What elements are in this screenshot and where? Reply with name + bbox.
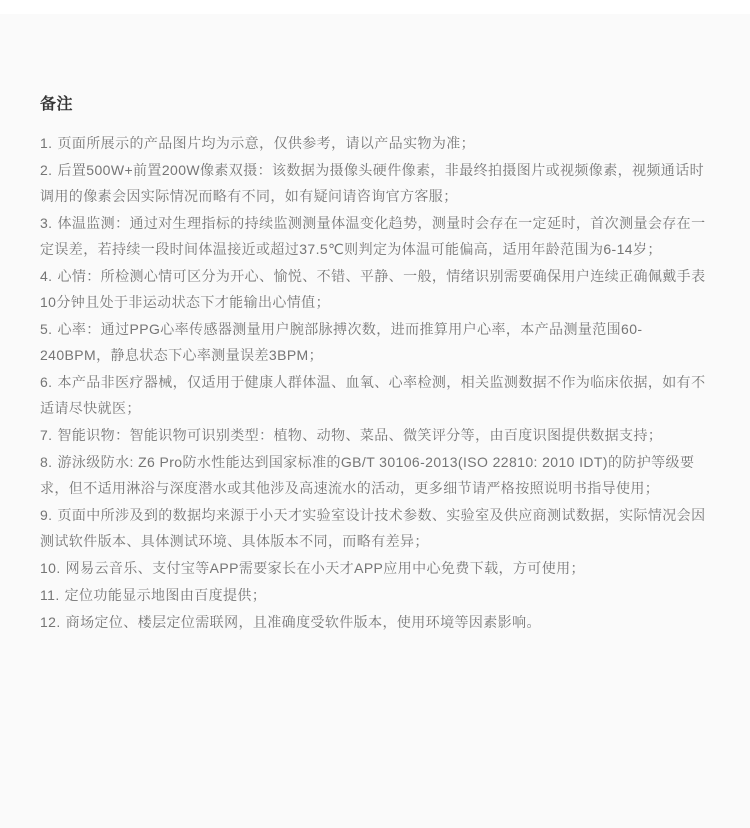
note-text: 页面中所涉及到的数据均来源于小天才实验室设计技术参数、实验室及供应商测试数据，实… [40,507,705,549]
note-text: 定位功能显示地图由百度提供； [65,587,267,603]
note-item-10: 10.网易云音乐、支付宝等APP需要家长在小天才APP应用中心免费下载，方可使用… [40,555,710,581]
note-item-5: 5.心率：通过PPG心率传感器测量用户腕部脉搏次数，进而推算用户心率，本产品测量… [40,316,710,368]
note-item-4: 4.心情：所检测心情可区分为开心、愉悦、不错、平静、一般，情绪识别需要确保用户连… [40,263,710,315]
note-item-2: 2.后置500W+前置200W像素双摄：该数据为摄像头硬件像素，非最终拍摄图片或… [40,157,710,209]
note-number: 4. [40,268,52,284]
note-text: 心情：所检测心情可区分为开心、愉悦、不错、平静、一般，情绪识别需要确保用户连续正… [40,268,705,310]
note-number: 9. [40,507,52,523]
top-divider [0,0,750,14]
section-title: 备注 [40,97,710,113]
note-text: 后置500W+前置200W像素双摄：该数据为摄像头硬件像素，非最终拍摄图片或视频… [40,162,704,204]
note-number: 11. [40,587,60,603]
note-number: 2. [40,162,52,178]
note-number: 7. [40,427,52,443]
note-item-3: 3.体温监测：通过对生理指标的持续监测测量体温变化趋势，测量时会存在一定延时，首… [40,210,710,262]
note-number: 8. [40,454,52,470]
note-item-11: 11.定位功能显示地图由百度提供； [40,582,710,608]
note-text: 本产品非医疗器械，仅适用于健康人群体温、血氧、心率检测，相关监测数据不作为临床依… [40,374,705,416]
note-text: 网易云音乐、支付宝等APP需要家长在小天才APP应用中心免费下载，方可使用； [66,560,585,576]
note-item-9: 9.页面中所涉及到的数据均来源于小天才实验室设计技术参数、实验室及供应商测试数据… [40,502,710,554]
note-text: 游泳级防水: Z6 Pro防水性能达到国家标准的GB/T 30106-2013(… [40,454,694,496]
note-item-1: 1.页面所展示的产品图片均为示意，仅供参考，请以产品实物为准； [40,130,710,156]
note-text: 页面所展示的产品图片均为示意，仅供参考，请以产品实物为准； [57,135,475,151]
page: 备注 1.页面所展示的产品图片均为示意，仅供参考，请以产品实物为准； 2.后置5… [0,0,750,828]
note-number: 6. [40,374,52,390]
note-text: 心率：通过PPG心率传感器测量用户腕部脉搏次数，进而推算用户心率，本产品测量范围… [40,321,642,363]
note-number: 1. [40,135,52,151]
note-item-6: 6.本产品非医疗器械，仅适用于健康人群体温、血氧、心率检测，相关监测数据不作为临… [40,369,710,421]
note-number: 3. [40,215,52,231]
note-item-12: 12.商场定位、楼层定位需联网，且准确度受软件版本，使用环境等因素影响。 [40,609,710,635]
notes-section: 备注 1.页面所展示的产品图片均为示意，仅供参考，请以产品实物为准； 2.后置5… [0,14,750,635]
note-number: 12. [40,614,61,630]
note-text: 智能识物：智能识物可识别类型：植物、动物、菜品、微笑评分等，由百度识图提供数据支… [57,427,662,443]
note-text: 商场定位、楼层定位需联网，且准确度受软件版本，使用环境等因素影响。 [66,614,541,630]
note-number: 10. [40,560,61,576]
note-text: 体温监测：通过对生理指标的持续监测测量体温变化趋势，测量时会存在一定延时，首次测… [40,215,705,257]
note-number: 5. [40,321,52,337]
note-item-7: 7.智能识物：智能识物可识别类型：植物、动物、菜品、微笑评分等，由百度识图提供数… [40,422,710,448]
note-item-8: 8.游泳级防水: Z6 Pro防水性能达到国家标准的GB/T 30106-201… [40,449,710,501]
